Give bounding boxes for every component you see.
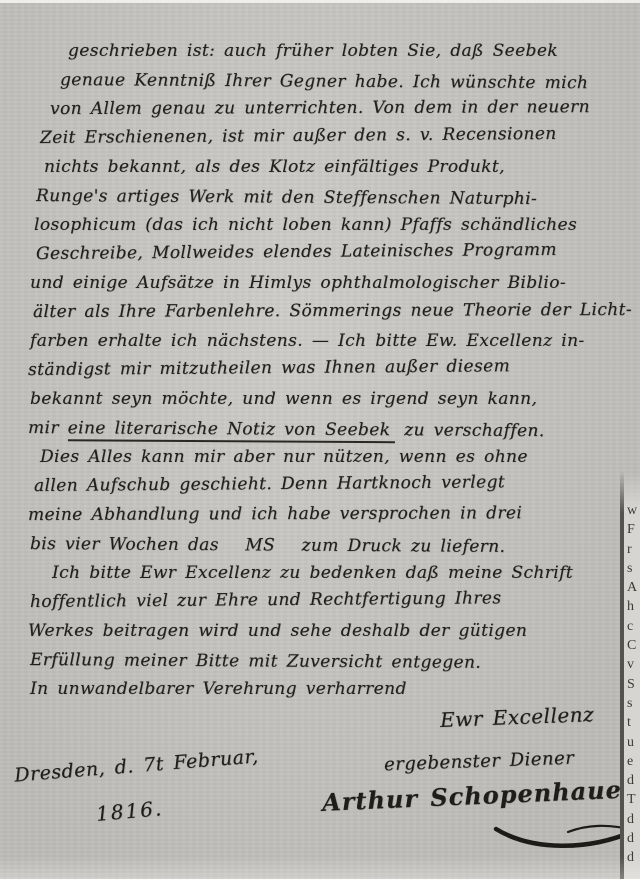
manuscript-line: In unwandelbarer Verehrung verharrend xyxy=(30,675,640,704)
line-post-text: zu verschaffen. xyxy=(395,420,544,441)
manuscript-line: ständigst mir mitzutheilen was Ihnen auß… xyxy=(28,351,640,385)
manuscript-line: Runge's artiges Werk mit den Steffensche… xyxy=(36,182,640,215)
edge-letter: h xyxy=(627,597,637,616)
manuscript-line: hoffentlich viel zur Ehre und Rechtferti… xyxy=(30,583,640,617)
manuscript-line-underlined: mir eine literarische Notiz von Seebek z… xyxy=(28,414,640,447)
manuscript-line: und einige Aufsätze in Himlys ophthalmol… xyxy=(30,269,640,298)
facing-page-strip: w F r s A h c C v S s t u e d T d d d xyxy=(624,473,640,879)
edge-letter: r xyxy=(627,540,637,559)
edge-letter: C xyxy=(627,636,637,655)
edge-letter: c xyxy=(627,617,637,636)
manuscript-line: Werkes beitragen wird und sehe deshalb d… xyxy=(28,617,640,646)
manuscript-line: bekannt seyn möchte, und wenn es irgend … xyxy=(30,385,640,414)
edge-letter: e xyxy=(627,752,637,771)
dateline: Dresden, d. 7t Februar, xyxy=(14,745,260,786)
manuscript-line: geschrieben ist: auch früher lobten Sie,… xyxy=(68,37,640,66)
line-pre-text: mir xyxy=(28,418,68,438)
edge-letter: d xyxy=(627,829,637,848)
manuscript-line: meine Abhandlung und ich habe versproche… xyxy=(28,499,640,530)
edge-letter: t xyxy=(627,713,637,732)
manuscript-line: nichts bekannt, als des Klotz einfältige… xyxy=(44,153,640,182)
letter-body: geschrieben ist: auch früher lobten Sie,… xyxy=(0,37,640,704)
manuscript-line: Zeit Erschienenen, ist mir außer den s. … xyxy=(40,119,640,153)
manuscript-line: Geschreibe, Mollweides elendes Lateinisc… xyxy=(36,235,640,269)
closing-valediction: ergebenster Diener xyxy=(383,748,574,776)
letter-scan-page: geschrieben ist: auch früher lobten Sie,… xyxy=(0,0,640,879)
edge-letter: u xyxy=(627,733,637,752)
edge-letter: w xyxy=(627,501,637,520)
closing-salutation: Ewr Excellenz xyxy=(439,702,594,732)
underlined-phrase: eine literarische Notiz von Seebek xyxy=(68,418,396,443)
edge-letter: T xyxy=(627,790,637,809)
dateline-year: 1816. xyxy=(95,796,164,826)
edge-letter: A xyxy=(627,578,637,597)
manuscript-line: Erfüllung meiner Bitte mit Zuversicht en… xyxy=(30,646,640,679)
edge-letter: v xyxy=(627,655,637,674)
edge-letter: d xyxy=(627,848,637,867)
edge-letter: d xyxy=(627,810,637,829)
edge-letter: s xyxy=(627,694,637,713)
edge-letter: d xyxy=(627,771,637,790)
facing-page-cropped-text: w F r s A h c C v S s t u e d T d d d xyxy=(627,501,637,868)
edge-letter: S xyxy=(627,675,637,694)
edge-letter: F xyxy=(627,520,637,539)
edge-letter: s xyxy=(627,559,637,578)
manuscript-line: bis vier Wochen das MS zum Druck zu lief… xyxy=(30,530,640,563)
manuscript-line: allen Aufschub geschieht. Denn Hartknoch… xyxy=(34,467,640,501)
manuscript-line: älter als Ihre Farbenlehre. Sömmerings n… xyxy=(33,296,640,327)
signature: Arthur Schopenhauer xyxy=(322,774,636,817)
signature-flourish xyxy=(492,821,638,851)
